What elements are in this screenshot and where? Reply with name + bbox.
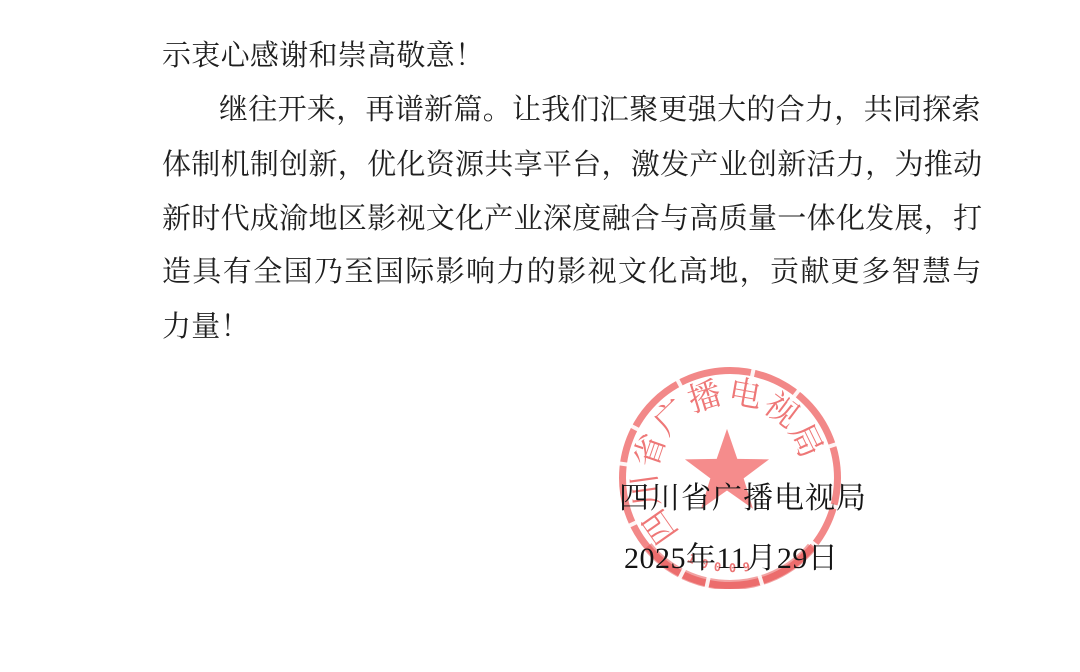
seal-arc-character: 电 (725, 376, 764, 415)
body-text-line: 新时代成渝地区影视文化产业深度融合与高质量一体化发展，打 (162, 201, 982, 237)
body-text-line: 体制机制创新，优化资源共享平台，激发产业创新活力，为推动 (162, 147, 982, 183)
document-page: 示衷心感谢和崇高敬意！ 继往开来，再谱新篇。让我们汇聚更强大的合力，共同探索 体… (0, 0, 1080, 672)
body-text-line: 示衷心感谢和崇高敬意！ (162, 38, 484, 74)
body-text-line: 造具有全国乃至国际影响力的影视文化高地，贡献更多智慧与 (162, 254, 983, 290)
signature-line: 四川省广播电视局 (619, 473, 867, 517)
date-line: 2025年11月29日 (624, 533, 838, 577)
body-text-line: 力量！ (162, 309, 250, 345)
body-text-line: 继往开来，再谱新篇。让我们汇聚更强大的合力，共同探索 (219, 92, 981, 128)
